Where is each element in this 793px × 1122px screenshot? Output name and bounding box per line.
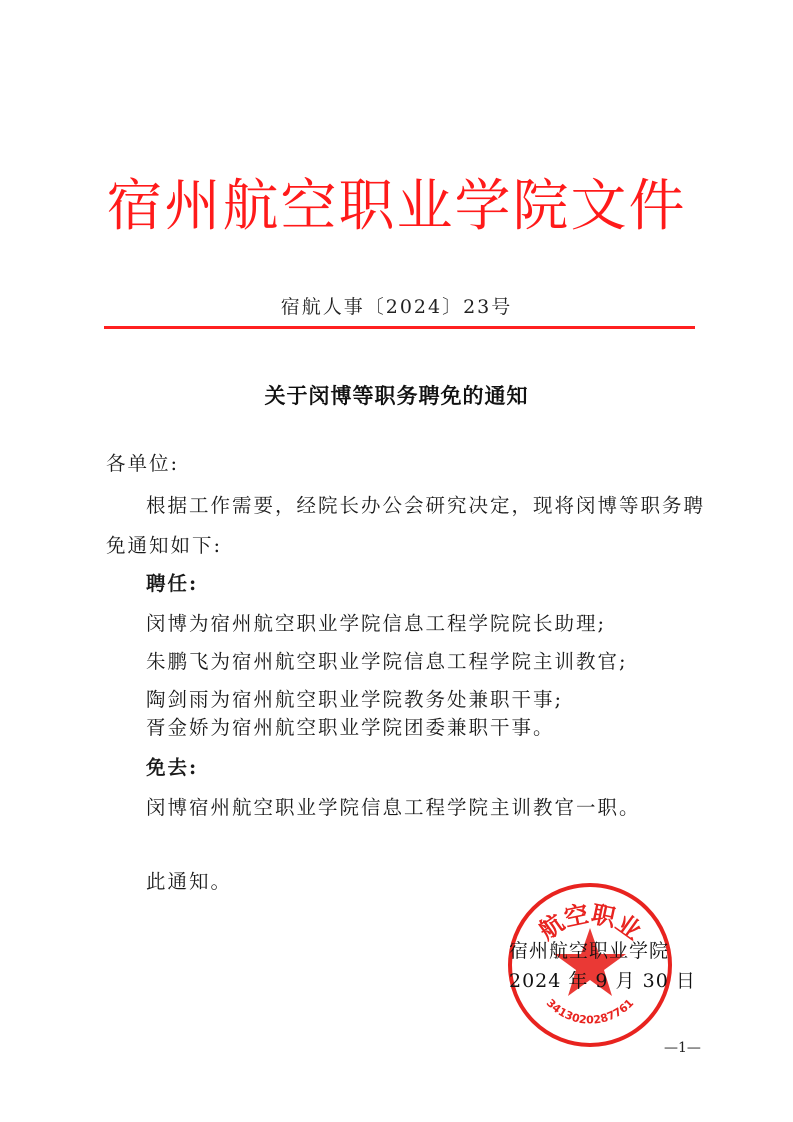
signature-organization: 宿州航空职业学院 <box>509 936 669 963</box>
notice-title: 关于闵博等职务聘免的通知 <box>0 380 793 410</box>
document-number: 宿航人事〔2024〕23号 <box>0 292 793 319</box>
masthead-title: 宿州航空职业学院文件 <box>0 172 793 242</box>
salutation: 各单位: <box>106 448 179 476</box>
dismissal-item: 闵博宿州航空职业学院信息工程学院主训教官一职。 <box>146 792 641 820</box>
page-number: —1— <box>664 1040 701 1056</box>
red-divider <box>104 326 695 329</box>
svg-text:3413020287761: 3413020287761 <box>544 997 636 1027</box>
dismiss-heading: 免去: <box>146 752 198 780</box>
official-seal-icon: 航空职业 3413020287761 <box>505 880 675 1050</box>
signature-date: 2024 年 9 月 30 日 <box>509 966 696 993</box>
intro-line-1: 根据工作需要，经院长办公会研究决定，现将闵博等职务聘 <box>146 490 705 518</box>
intro-line-2: 免通知如下: <box>106 530 222 558</box>
appointment-item: 朱鹏飞为宿州航空职业学院信息工程学院主训教官; <box>146 646 628 674</box>
appointment-item: 闵博为宿州航空职业学院信息工程学院院长助理; <box>146 608 606 636</box>
appointment-item: 胥金娇为宿州航空职业学院团委兼职干事。 <box>146 712 555 740</box>
closing-text: 此通知。 <box>146 866 232 894</box>
appoint-heading: 聘任: <box>146 568 198 596</box>
appointment-item: 陶剑雨为宿州航空职业学院教务处兼职干事; <box>146 684 563 712</box>
